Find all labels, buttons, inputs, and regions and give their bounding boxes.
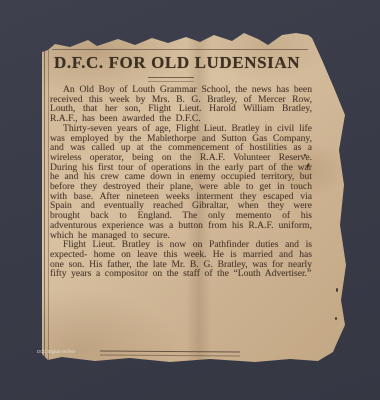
paper-speck [304,154,306,156]
paper-speck [336,288,338,292]
column-rule [44,50,45,362]
headline-divider [148,77,194,82]
archive-watermark: DCC Digital Archive [37,349,76,354]
photo-background: D.F.C. FOR OLD LUDENSIAN An Old Boy of L… [0,0,380,400]
article-paragraph: Flight Lieut. Bratley is now on Pathfind… [50,240,312,279]
top-rule [52,49,308,50]
article-body: An Old Boy of Louth Grammar School, the … [50,85,312,279]
paper-speck [335,317,337,320]
headline: D.F.C. FOR OLD LUDENSIAN [54,53,316,73]
article-paragraph: An Old Boy of Louth Grammar School, the … [50,85,312,124]
end-of-article-rule [100,351,240,357]
article-paragraph: Thirty-seven years of age, Flight Lieut.… [50,124,312,240]
newspaper-clipping: D.F.C. FOR OLD LUDENSIAN An Old Boy of L… [36,30,350,368]
